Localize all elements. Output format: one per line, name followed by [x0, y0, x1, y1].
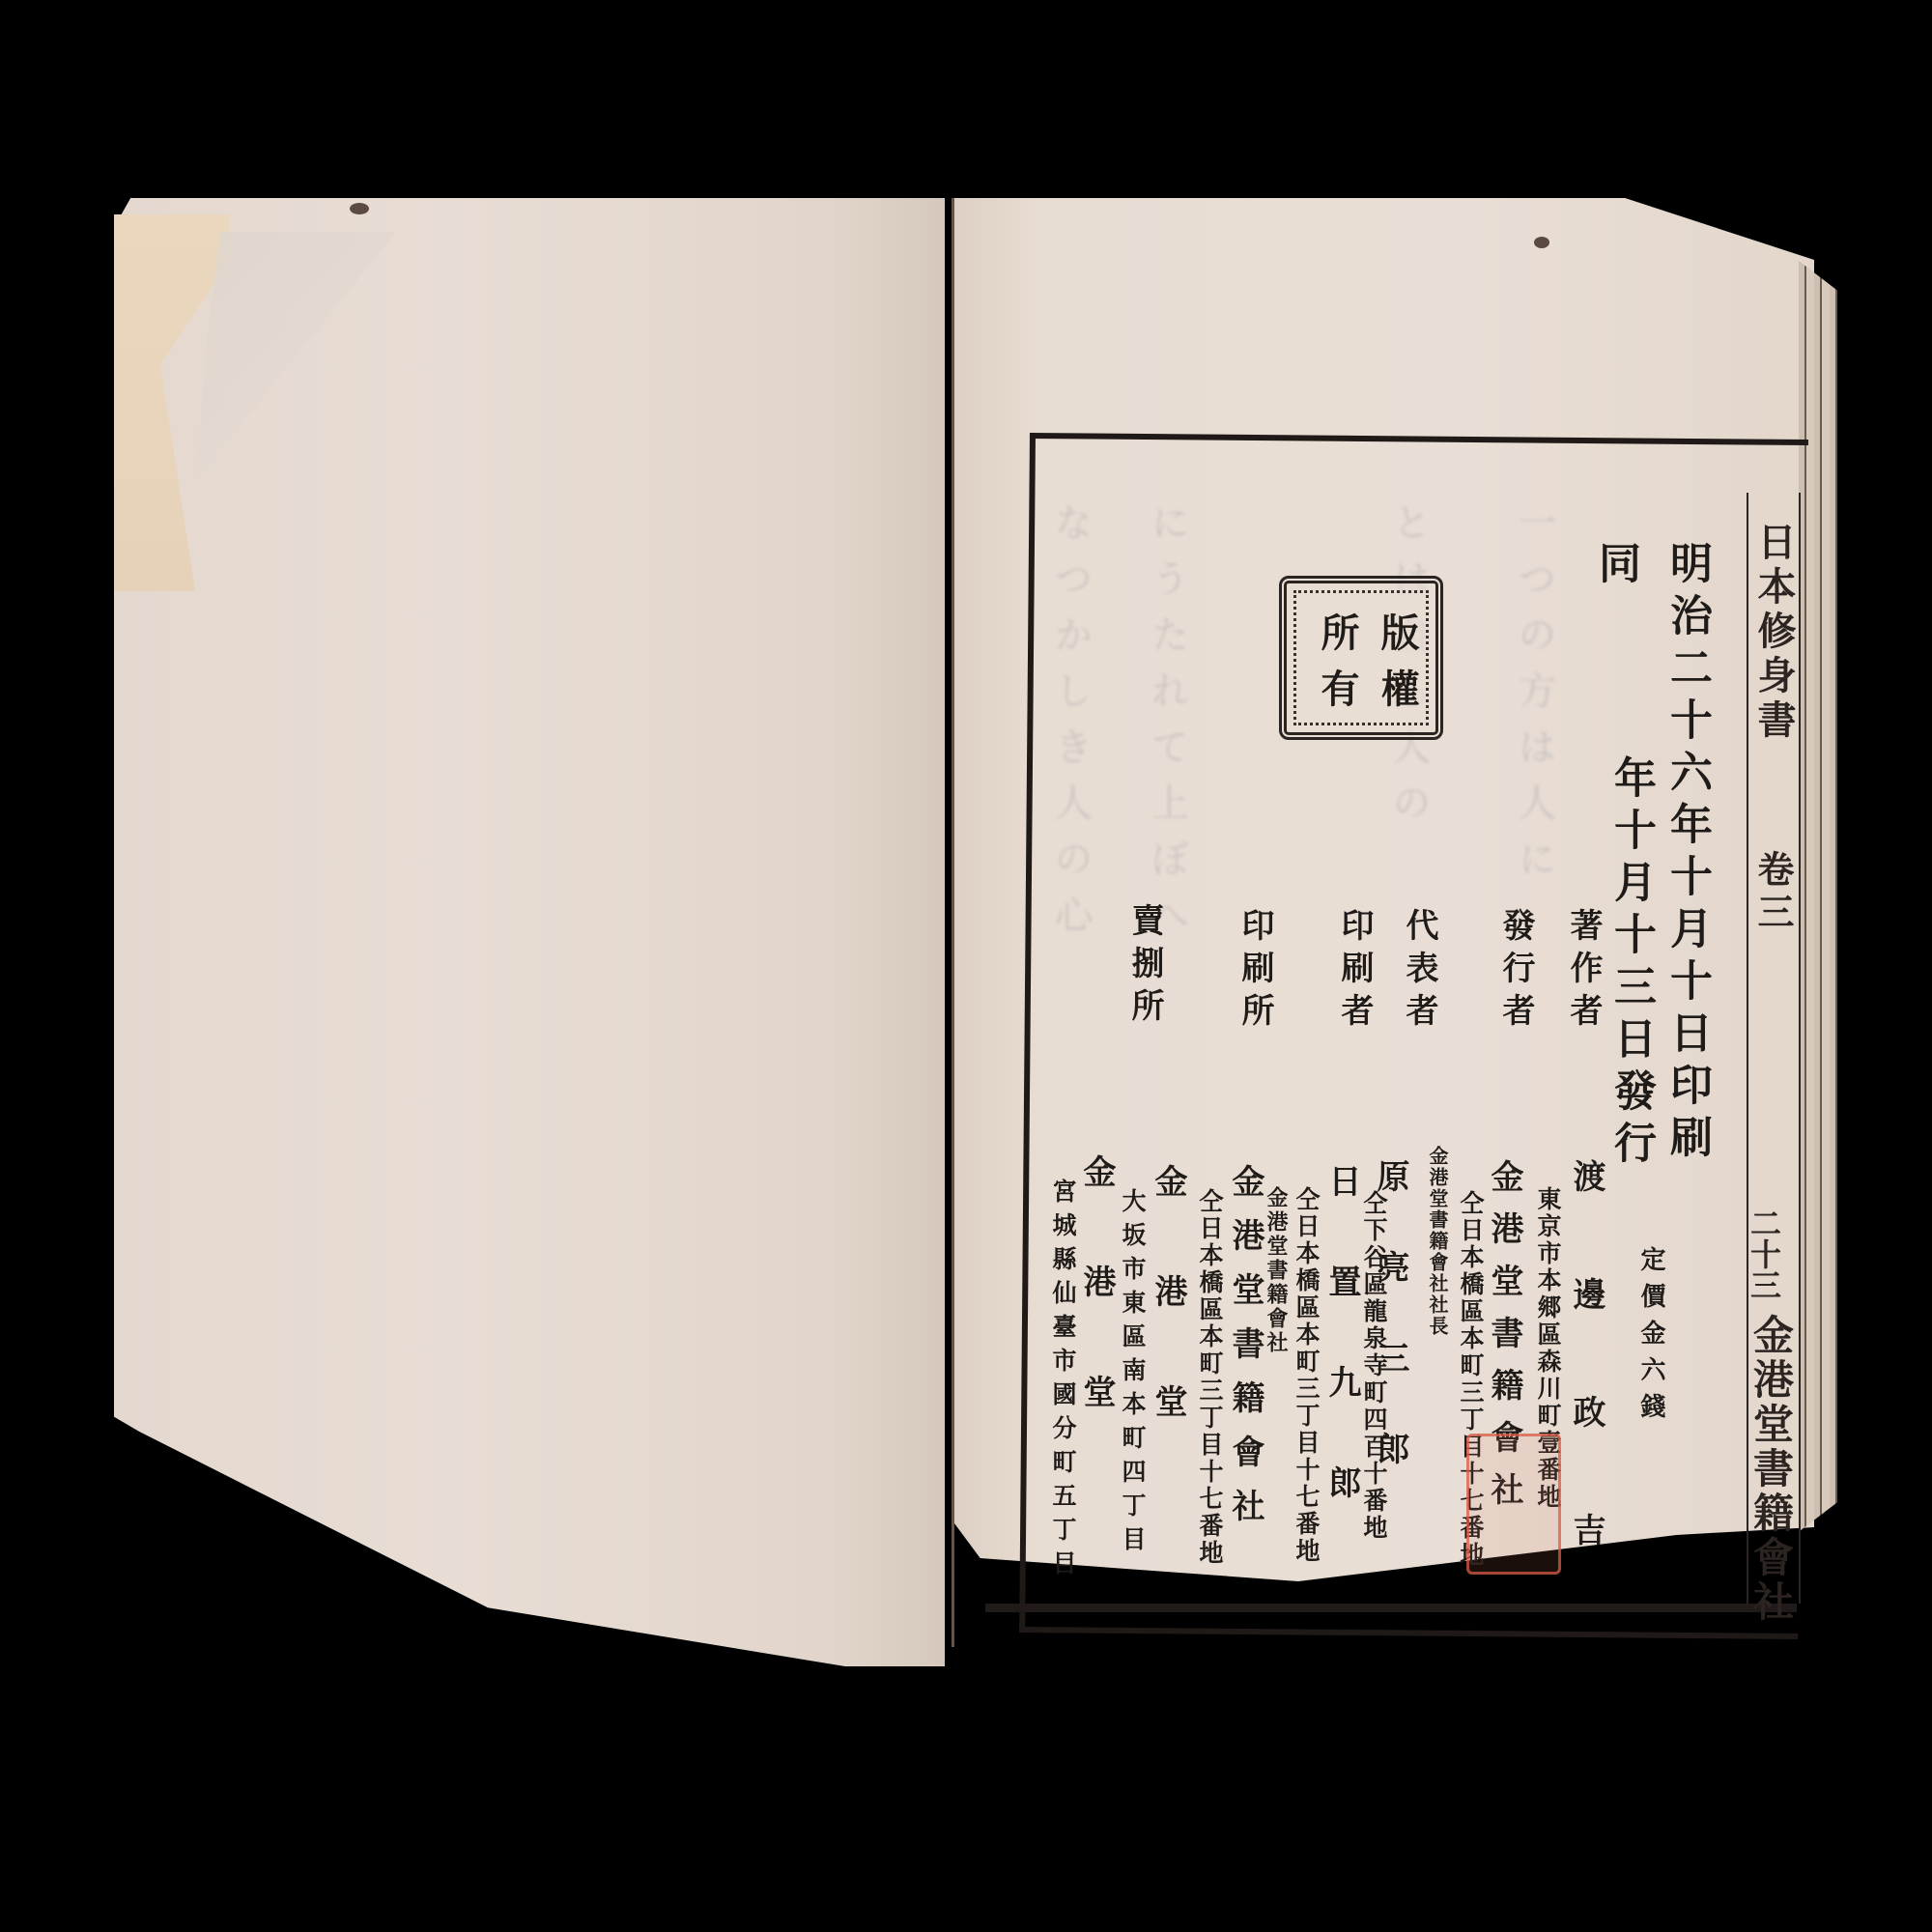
- printer-name: 日置九郎: [1325, 1164, 1358, 1566]
- ink-stain: [350, 203, 369, 214]
- red-publisher-seal: [1466, 1434, 1561, 1575]
- publish-date-prefix: 同: [1594, 541, 1636, 593]
- role-publisher: 發行者: [1499, 908, 1532, 1036]
- role-printer: 印刷者: [1338, 908, 1371, 1036]
- role-author: 著作者: [1567, 908, 1600, 1036]
- open-book: なつかしき人の心 にうたれて上ぼへ とは自ら人の 一つの方は人に 日本修身書 卷…: [0, 0, 1932, 1932]
- copyright-seal-line1: 版權: [1378, 612, 1416, 724]
- role-representative: 代表者: [1403, 908, 1435, 1036]
- sales-office-1-address: 大坂市東區南本町四丁目: [1121, 1188, 1145, 1560]
- representative-address: 仝下谷區龍泉寺町四百十番地: [1362, 1190, 1386, 1542]
- printer-affiliation: 金港堂書籍會社: [1265, 1186, 1287, 1355]
- ink-stain: [1534, 237, 1549, 248]
- spine-publisher: 金港堂書籍會社: [1750, 1314, 1791, 1625]
- sales-office-2-address: 宮城縣仙臺市國分町五丁目: [1051, 1179, 1075, 1584]
- frame-bottom-rule: [985, 1604, 1797, 1612]
- role-sales-office: 賣捌所: [1128, 903, 1161, 1031]
- publish-date: 年十月十三日發行: [1609, 755, 1652, 1173]
- printing-office-address: 仝日本橋區本町三丁目十七番地: [1198, 1188, 1222, 1567]
- copyright-seal-line2: 所有: [1318, 612, 1356, 724]
- price: 定價金六錢: [1638, 1246, 1663, 1430]
- role-printing-office: 印刷所: [1238, 908, 1271, 1036]
- sales-office-1-name: 金港堂: [1151, 1164, 1184, 1494]
- printing-office-name: 金港堂書籍會社: [1229, 1164, 1262, 1543]
- sales-office-2-name: 金港堂: [1080, 1154, 1113, 1485]
- spine-book-title: 日本修身書: [1754, 522, 1793, 744]
- print-date: 明治二十六年十月十日印刷: [1665, 541, 1708, 1167]
- spine-volume: 卷三: [1754, 850, 1791, 935]
- representative-title: 金港堂書籍會社社長: [1428, 1146, 1447, 1337]
- author-name: 渡邊政吉: [1570, 1159, 1603, 1631]
- copyright-seal: 版權 所有: [1279, 576, 1443, 740]
- spine-page-number: 二十三: [1748, 1207, 1779, 1300]
- printer-address: 仝日本橋區本町三丁目十七番地: [1294, 1186, 1319, 1565]
